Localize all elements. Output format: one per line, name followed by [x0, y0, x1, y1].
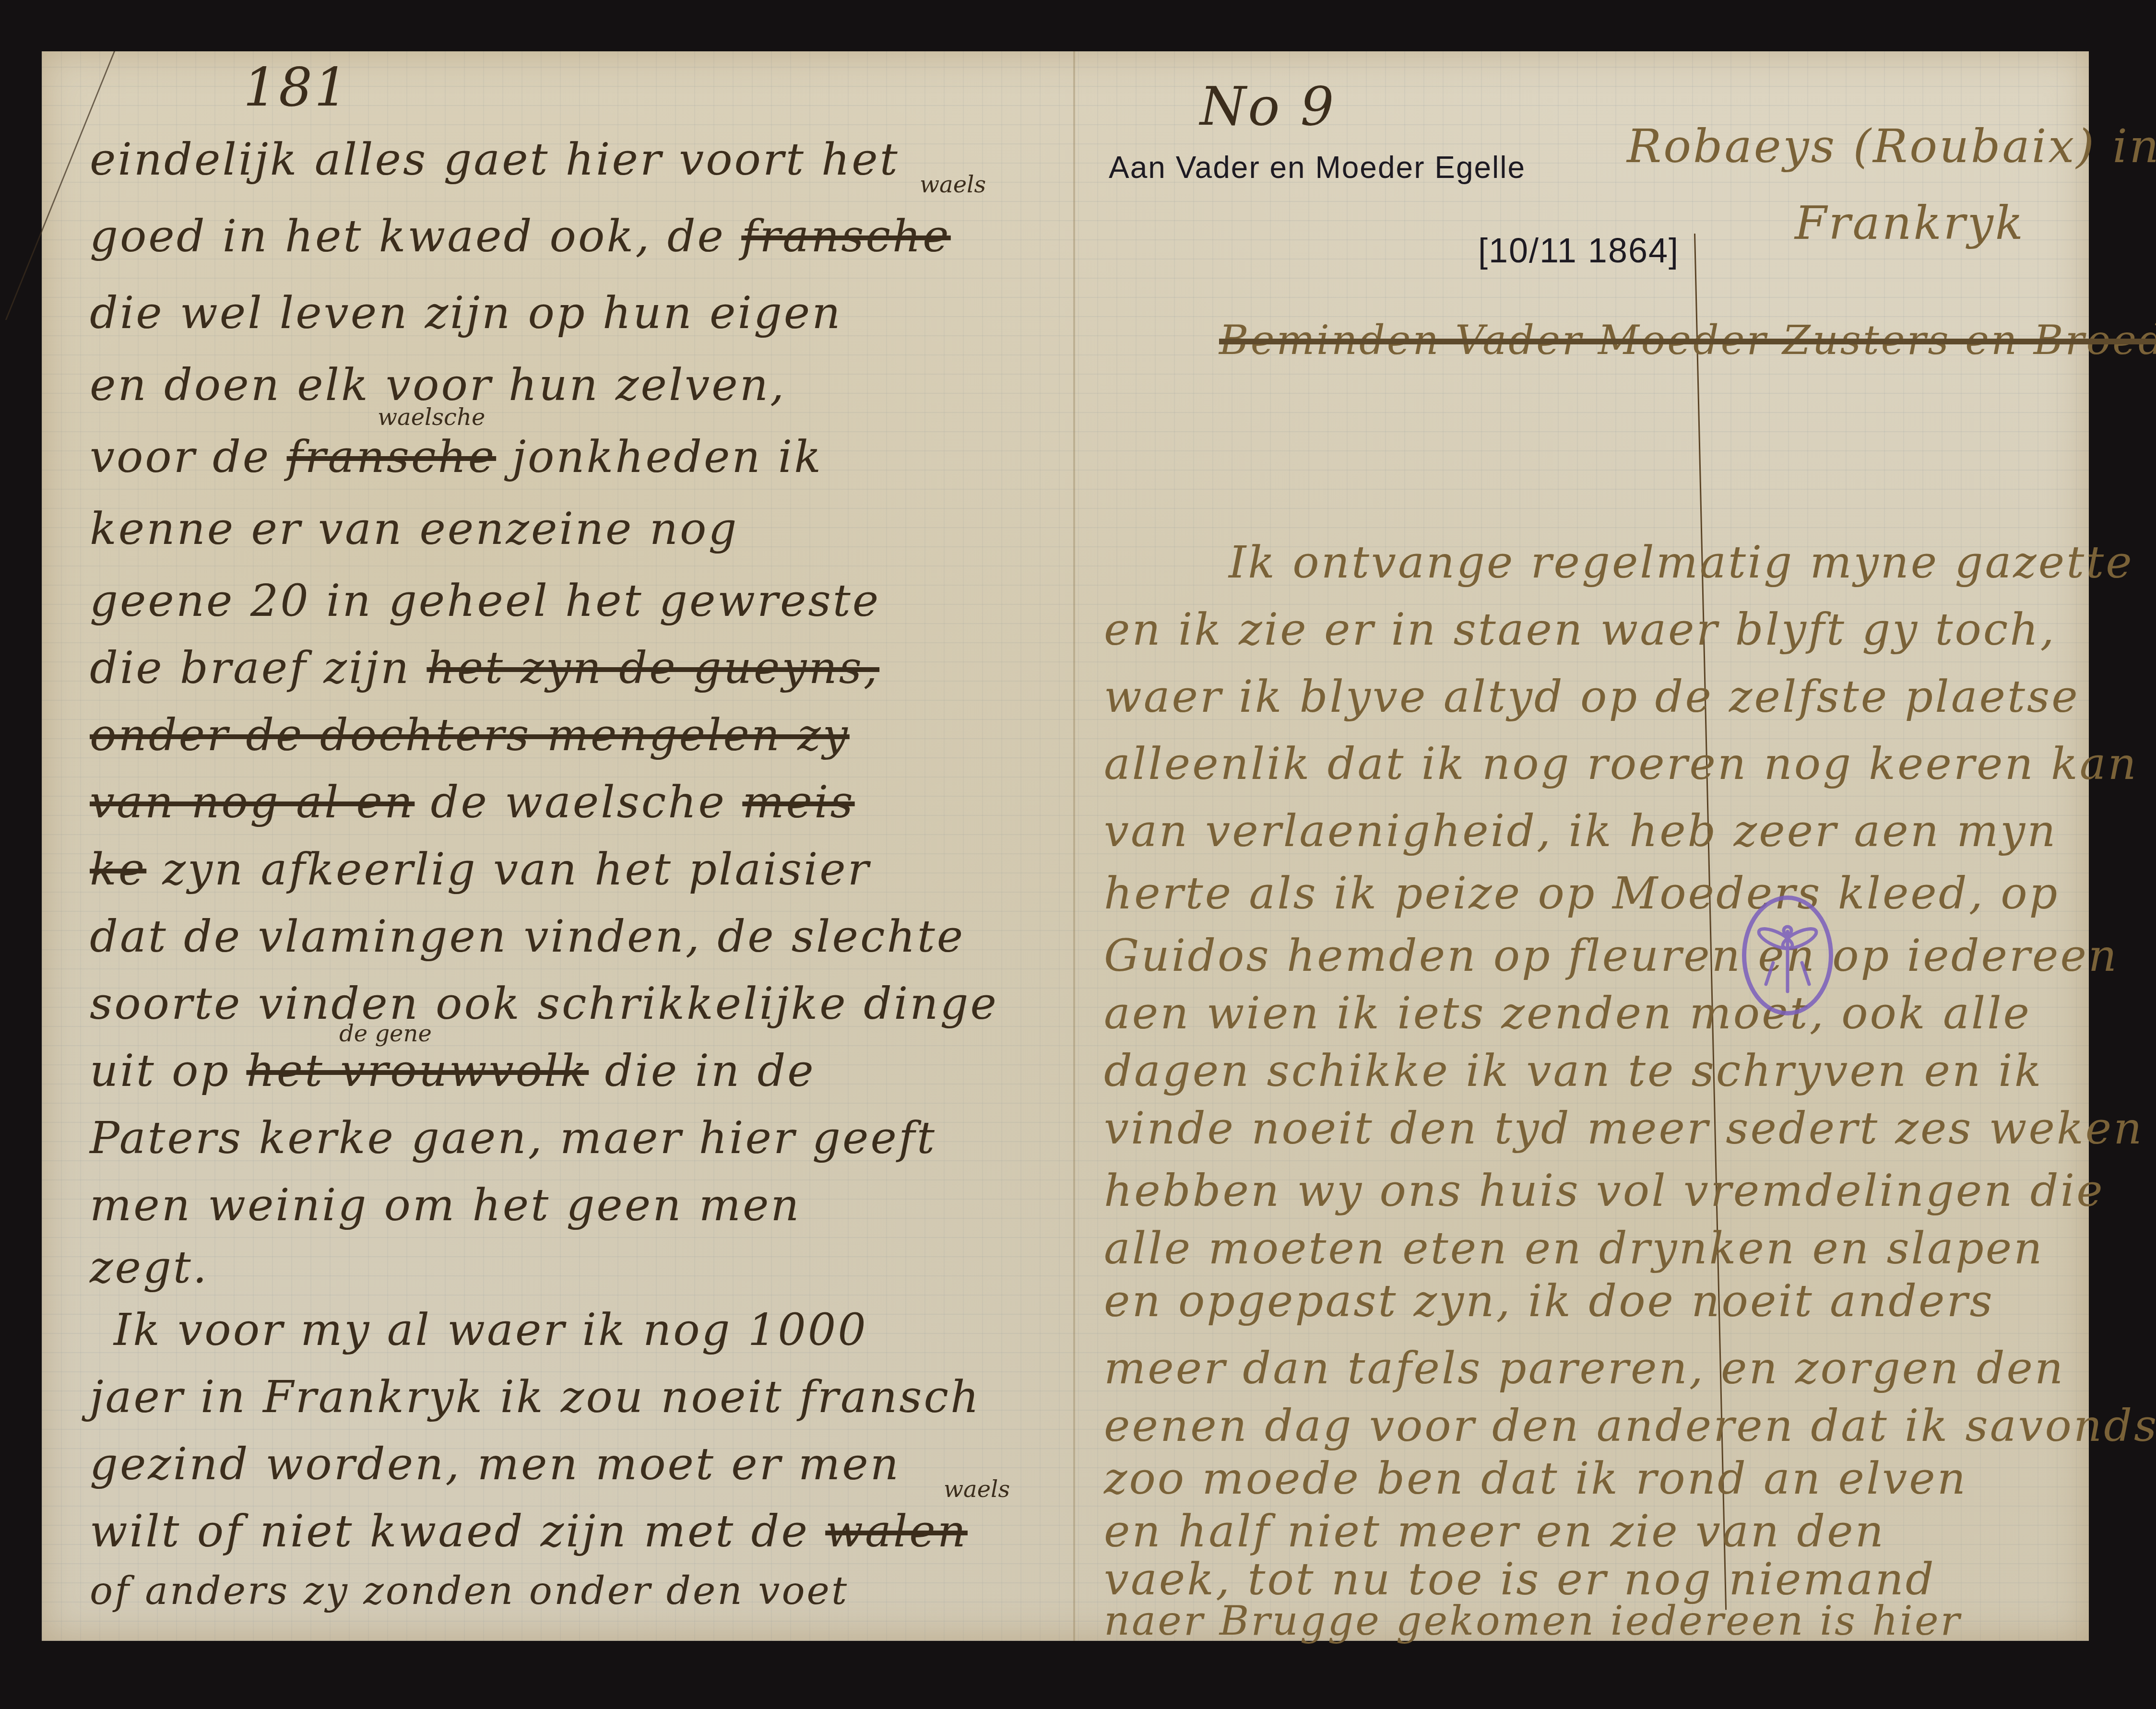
- left-line-2: goed in het kwaed ook, de fransche: [90, 214, 951, 259]
- place-line-1: Robaeys (Roubaix) in: [1627, 123, 2156, 169]
- archival-note: Aan Vader en Moeder Egelle: [1109, 152, 1526, 183]
- right-line-15: eenen dag voor den anderen dat ik savond…: [1104, 1404, 2156, 1448]
- place-line-2: Frankryk: [1795, 200, 2025, 246]
- right-line-19: naer Brugge gekomen iedereen is hier: [1104, 1601, 1962, 1641]
- right-line-10: vinde noeit den tyd meer sedert zes weke…: [1104, 1107, 2144, 1151]
- insertion: waels: [920, 171, 986, 198]
- left-line-6: kenne er van eenzeine nog: [90, 507, 738, 551]
- right-line-11: hebben wy ons huis vol vremdelingen die: [1104, 1169, 2105, 1213]
- right-line-16: zoo moede ben dat ik rond an elven: [1104, 1457, 1967, 1501]
- right-line-8: aen wien ik iets zenden moet, ook alle: [1104, 991, 2031, 1036]
- right-line-6: herte als ik peize op Moeders kleed, op: [1104, 872, 2059, 916]
- left-line-8: die braef zijn het zyn de gueyns,: [90, 646, 879, 690]
- left-line-4: en doen elk voor hun zelven,: [90, 363, 786, 407]
- page-number: 181: [243, 61, 350, 114]
- left-line-13: soorte vinden ook schrikkelijke dinge: [90, 982, 998, 1026]
- left-line-18: Ik voor my al waer ik nog 1000: [114, 1308, 868, 1352]
- left-line-19: jaer in Frankryk ik zou noeit fransch: [90, 1375, 981, 1419]
- left-line-16: men weinig om het geen men: [90, 1183, 801, 1227]
- left-page: 181 eindelijk alles gaet hier voort het …: [42, 51, 1073, 1641]
- letter-number: No 9: [1200, 80, 1336, 133]
- right-line-14: meer dan tafels pareren, en zorgen den: [1104, 1346, 2065, 1391]
- insertion: de gene: [339, 1020, 432, 1047]
- left-line-11: ke zyn afkeerlig van het plaisier: [90, 848, 871, 892]
- right-line-4: alleenlik dat ik nog roeren nog keeren k…: [1104, 742, 2138, 786]
- left-line-5: voor de fransche jonkheden ik: [90, 435, 823, 479]
- left-line-12: dat de vlamingen vinden, de slechte: [90, 915, 965, 959]
- right-line-7: Guidos hemden op fleuren en op iedereen: [1104, 934, 2119, 978]
- archive-stamp: [1742, 896, 1833, 1015]
- left-line-17: zegt.: [90, 1246, 209, 1290]
- left-line-10: van nog al en de waelsche meis: [90, 780, 855, 825]
- left-line-20: gezind worden, men moet er men: [90, 1442, 900, 1486]
- left-line-22: of anders zy zonden onder den voet: [90, 1572, 849, 1610]
- insertion: waelsche: [378, 404, 485, 431]
- dragonfly-emblem-icon: [1754, 912, 1821, 999]
- right-line-18: vaek, tot nu toe is er nog niemand: [1104, 1557, 1936, 1602]
- struck-salutation: Beminden Vader Moeder Zusters en Broeder…: [1219, 320, 2156, 360]
- struck-word: fransche: [741, 211, 951, 262]
- left-line-3: die wel leven zijn op hun eigen: [90, 291, 842, 335]
- right-line-5: van verlaenigheid, ik heb zeer aen myn: [1104, 809, 2058, 853]
- left-line-1: eindelijk alles gaet hier voort het: [90, 138, 900, 182]
- left-line-7: geene 20 in geheel het gewreste: [90, 579, 880, 623]
- archival-date: [10/11 1864]: [1478, 234, 1679, 268]
- right-line-1: Ik ontvange regelmatig myne gazette: [1229, 541, 2134, 585]
- right-line-12: alle moeten eten en drynken en slapen: [1104, 1226, 2044, 1271]
- right-line-17: en half niet meer en zie van den: [1104, 1509, 1885, 1554]
- right-line-9: dagen schikke ik van te schryven en ik: [1104, 1049, 2043, 1093]
- right-line-2: en ik zie er in staen waer blyft gy toch…: [1104, 608, 2056, 652]
- left-line-9: onder de dochters mengelen zy: [90, 713, 850, 757]
- left-line-15: Paters kerke gaen, maer hier geeft: [90, 1116, 936, 1160]
- margin-diagonal-line: [0, 51, 115, 320]
- letter-paper: 181 eindelijk alles gaet hier voort het …: [42, 51, 2089, 1641]
- right-line-3: waer ik blyve altyd op de zelfste plaets…: [1104, 675, 2080, 719]
- right-page: No 9 Aan Vader en Moeder Egelle Robaeys …: [1075, 51, 2089, 1641]
- left-line-14: uit op het vrouwvolk die in de: [90, 1049, 816, 1093]
- insertion: waels: [944, 1476, 1010, 1503]
- right-line-13: en opgepast zyn, ik doe noeit anders: [1104, 1279, 1994, 1323]
- left-line-21: wilt of niet kwaed zijn met de walen: [90, 1509, 968, 1554]
